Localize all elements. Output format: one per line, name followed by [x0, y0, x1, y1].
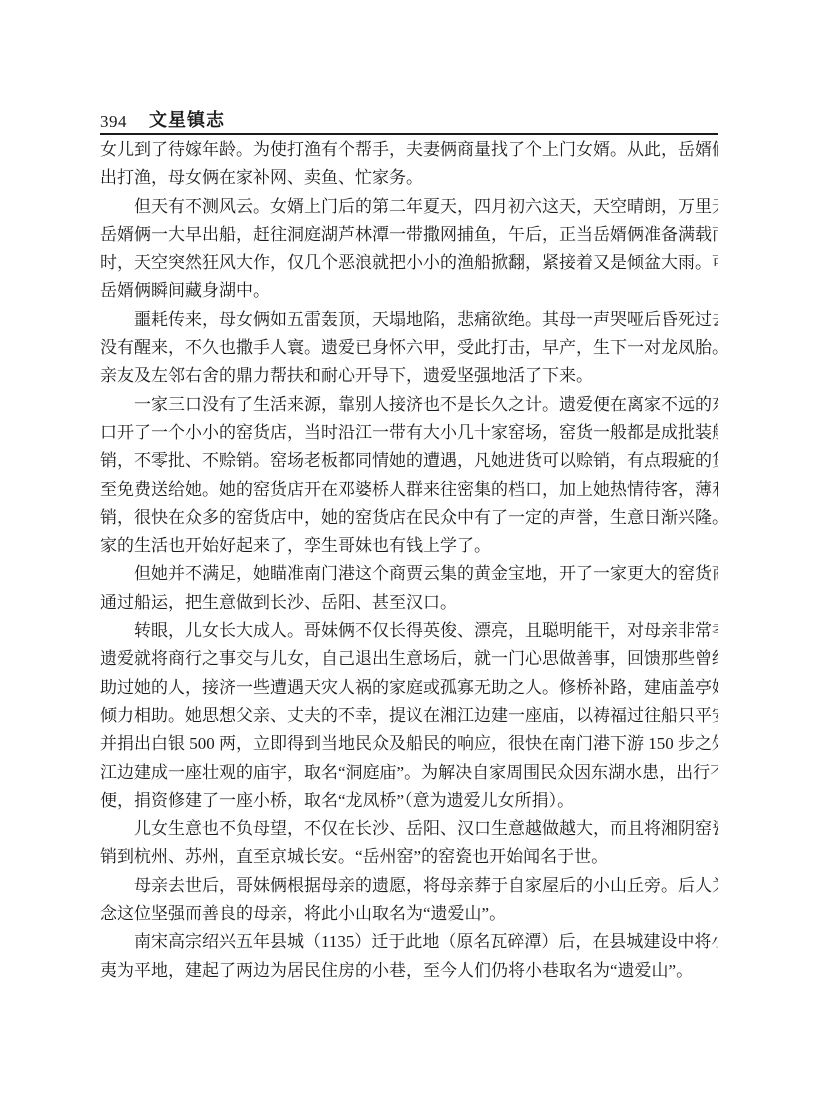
- paragraph: 南宋高宗绍兴五年县城（1135）迁于此地（原名瓦碎潭）后，在县城建设中将小山夷为…: [100, 928, 718, 985]
- text-line: 通过船运，把生意做到长沙、岳阳、甚至汉口。: [100, 589, 718, 617]
- text-line: 江边建成一座壮观的庙宇，取名“洞庭庙”。为解决自家周围民众因东湖水患，出行不: [100, 759, 718, 787]
- body-text: 女儿到了待嫁年龄。为使打渔有个帮手，夫妻俩商量找了个上门女婿。从此，岳婿俩外出打…: [100, 136, 718, 985]
- text-line: 夷为平地，建起了两边为居民住房的小巷，至今人们仍将小巷取名为“遗爱山”。: [100, 957, 718, 985]
- text-line: 念这位坚强而善良的母亲，将此小山取名为“遗爱山”。: [100, 900, 718, 928]
- text-line: 销，很快在众多的窑货店中，她的窑货店在民众中有了一定的声誉，生意日渐兴隆。一: [100, 504, 718, 532]
- text-line: 噩耗传来，母女俩如五雷轰顶，天塌地陷，悲痛欲绝。其母一声哭哑后昏死过去再: [100, 306, 718, 334]
- text-line: 销，不零批、不赊销。窑场老板都同情她的遭遇，凡她进货可以赊销，有点瑕疵的货甚: [100, 447, 718, 475]
- page-number: 394: [100, 112, 127, 132]
- page-header: 394 文星镇志: [100, 106, 718, 135]
- text-line: 遗爱就将商行之事交与儿女，自己退出生意场后，就一门心思做善事，回馈那些曾经帮: [100, 645, 718, 673]
- text-line: 家的生活也开始好起来了，孪生哥妹也有钱上学了。: [100, 532, 718, 560]
- paragraph: 母亲去世后，哥妹俩根据母亲的遗愿，将母亲葬于自家屋后的小山丘旁。后人为纪念这位坚…: [100, 872, 718, 929]
- paragraph: 噩耗传来，母女俩如五雷轰顶，天塌地陷，悲痛欲绝。其母一声哭哑后昏死过去再没有醒来…: [100, 306, 718, 391]
- text-line: 岳婿俩瞬间藏身湖中。: [100, 277, 718, 305]
- paragraph: 转眼，儿女长大成人。哥妹俩不仅长得英俊、漂亮，且聪明能干，对母亲非常孝顺。遗爱就…: [100, 617, 718, 815]
- text-line: 至免费送给她。她的窑货店开在邓婆桥人群来往密集的档口，加上她热情待客，薄利多: [100, 476, 718, 504]
- paragraph: 一家三口没有了生活来源，靠别人接济也不是长久之计。遗爱便在离家不远的东门口开了一…: [100, 391, 718, 561]
- text-line: 转眼，儿女长大成人。哥妹俩不仅长得英俊、漂亮，且聪明能干，对母亲非常孝顺。: [100, 617, 718, 645]
- text-line: 时，天空突然狂风大作，仅几个恶浪就把小小的渔船掀翻，紧接着又是倾盆大雨。可怜: [100, 249, 718, 277]
- book-page: 394 文星镇志 女儿到了待嫁年龄。为使打渔有个帮手，夫妻俩商量找了个上门女婿。…: [0, 0, 816, 1099]
- text-line: 一家三口没有了生活来源，靠别人接济也不是长久之计。遗爱便在离家不远的东门: [100, 391, 718, 419]
- text-line: 出打渔，母女俩在家补网、卖鱼、忙家务。: [100, 164, 718, 192]
- text-line: 南宋高宗绍兴五年县城（1135）迁于此地（原名瓦碎潭）后，在县城建设中将小山: [100, 928, 718, 956]
- text-line: 母亲去世后，哥妹俩根据母亲的遗愿，将母亲葬于自家屋后的小山丘旁。后人为纪: [100, 872, 718, 900]
- book-title: 文星镇志: [149, 106, 225, 132]
- text-line: 亲友及左邻右舍的鼎力帮扶和耐心开导下，遗爱坚强地活了下来。: [100, 362, 718, 390]
- paragraph: 儿女生意也不负母望，不仅在长沙、岳阳、汉口生意越做越大，而且将湘阴窑瓷远销到杭州…: [100, 815, 718, 872]
- text-line: 便，捐资修建了一座小桥，取名“龙凤桥”（意为遗爱儿女所捐）。: [100, 787, 718, 815]
- text-line: 倾力相助。她思想父亲、丈夫的不幸，提议在湘江边建一座庙，以祷福过往船只平安，: [100, 702, 718, 730]
- text-line: 没有醒来，不久也撒手人寰。遗爱已身怀六甲，受此打击，早产，生下一对龙凤胎。在: [100, 334, 718, 362]
- text-line: 但天有不测风云。女婿上门后的第二年夏天，四月初六这天，天空晴朗，万里无云，: [100, 193, 718, 221]
- text-line: 口开了一个小小的窑货店，当时沿江一带有大小几十家窑场，窑货一般都是成批装船外: [100, 419, 718, 447]
- text-line: 儿女生意也不负母望，不仅在长沙、岳阳、汉口生意越做越大，而且将湘阴窑瓷远: [100, 815, 718, 843]
- text-line: 销到杭州、苏州，直至京城长安。“岳州窑”的窑瓷也开始闻名于世。: [100, 843, 718, 871]
- text-line: 但她并不满足，她瞄准南门港这个商贾云集的黄金宝地，开了一家更大的窑货商行，: [100, 560, 718, 588]
- text-line: 女儿到了待嫁年龄。为使打渔有个帮手，夫妻俩商量找了个上门女婿。从此，岳婿俩外: [100, 136, 718, 164]
- text-line: 并捐出白银 500 两，立即得到当地民众及船民的响应，很快在南门港下游 150 …: [100, 730, 718, 758]
- paragraph: 但天有不测风云。女婿上门后的第二年夏天，四月初六这天，天空晴朗，万里无云，岳婿俩…: [100, 193, 718, 306]
- text-line: 岳婿俩一大早出船，赶往洞庭湖芦林潭一带撒网捕鱼，午后，正当岳婿俩准备满载而归: [100, 221, 718, 249]
- paragraph: 女儿到了待嫁年龄。为使打渔有个帮手，夫妻俩商量找了个上门女婿。从此，岳婿俩外出打…: [100, 136, 718, 193]
- paragraph: 但她并不满足，她瞄准南门港这个商贾云集的黄金宝地，开了一家更大的窑货商行，通过船…: [100, 560, 718, 617]
- text-line: 助过她的人，接济一些遭遇天灾人祸的家庭或孤寡无助之人。修桥补路，建庙盖亭她也: [100, 674, 718, 702]
